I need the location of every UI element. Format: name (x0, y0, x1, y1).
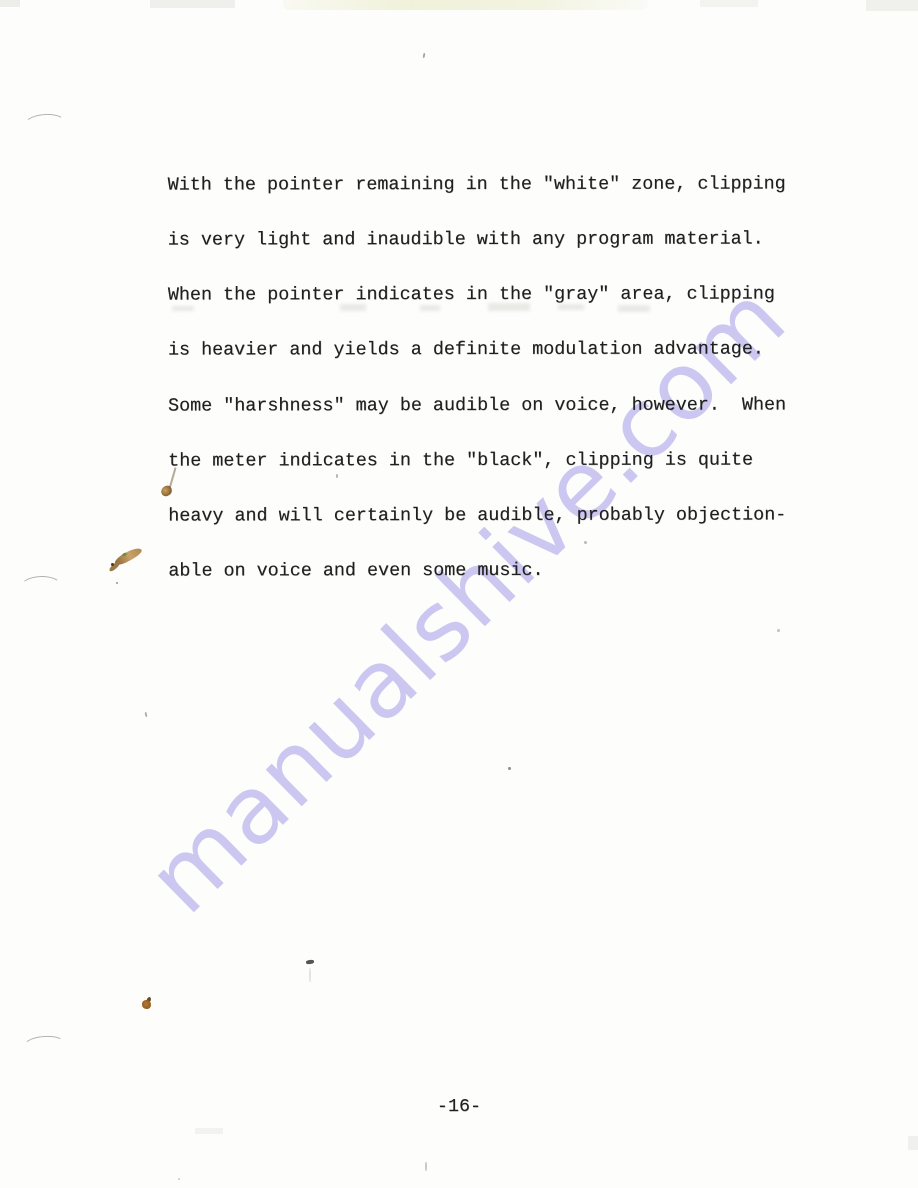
paragraph-line: heavy and will certainly be audible, pro… (168, 507, 786, 526)
dust-speck (423, 53, 426, 58)
dust-speck (425, 1162, 427, 1171)
dust-speck (508, 767, 511, 770)
stain-tail (108, 560, 121, 572)
paragraph-line: is very light and inaudible with any pro… (168, 230, 786, 249)
scan-edge-artifact (150, 0, 235, 8)
paragraph: With the pointer remaining in the "white… (168, 138, 787, 618)
dust-speck (777, 629, 780, 632)
scanned-document-page: manualshive.com With the pointer remaini… (0, 0, 918, 1188)
page-number: -16- (437, 1096, 481, 1117)
dust-speck (309, 968, 311, 982)
dust-speck (306, 959, 314, 964)
scan-edge-artifact (908, 1136, 918, 1150)
stain-dot (142, 997, 152, 1010)
scan-edge-artifact (700, 0, 758, 7)
dust-speck (116, 582, 118, 584)
stain-dark-speck (146, 996, 151, 1002)
pencil-arc-mark (22, 1034, 65, 1056)
stain-blob (113, 545, 144, 567)
paragraph-line: With the pointer remaining in the "white… (168, 175, 786, 194)
stain-smudge (110, 540, 148, 576)
scan-edge-artifact (0, 0, 20, 7)
stain-dark-speck (111, 563, 114, 566)
dust-speck (178, 1178, 180, 1180)
stain-blob (142, 1000, 151, 1009)
scan-edge-artifact (195, 1128, 223, 1134)
pencil-arc-mark (20, 575, 63, 598)
paragraph-line: is heavier and yields a definite modulat… (168, 341, 786, 360)
scan-edge-artifact (283, 0, 648, 10)
paragraph-line: When the pointer indicates in the "gray"… (168, 286, 786, 305)
dust-speck (145, 712, 148, 717)
paragraph-line: Some "harshness" may be audible on voice… (168, 396, 786, 415)
paragraph-line: the meter indicates in the "black", clip… (168, 451, 786, 470)
pencil-arc-mark (23, 113, 66, 136)
scan-edge-artifact (866, 0, 918, 11)
stain-green-speck (122, 552, 128, 557)
paragraph-line: able on voice and even some music. (168, 562, 786, 581)
